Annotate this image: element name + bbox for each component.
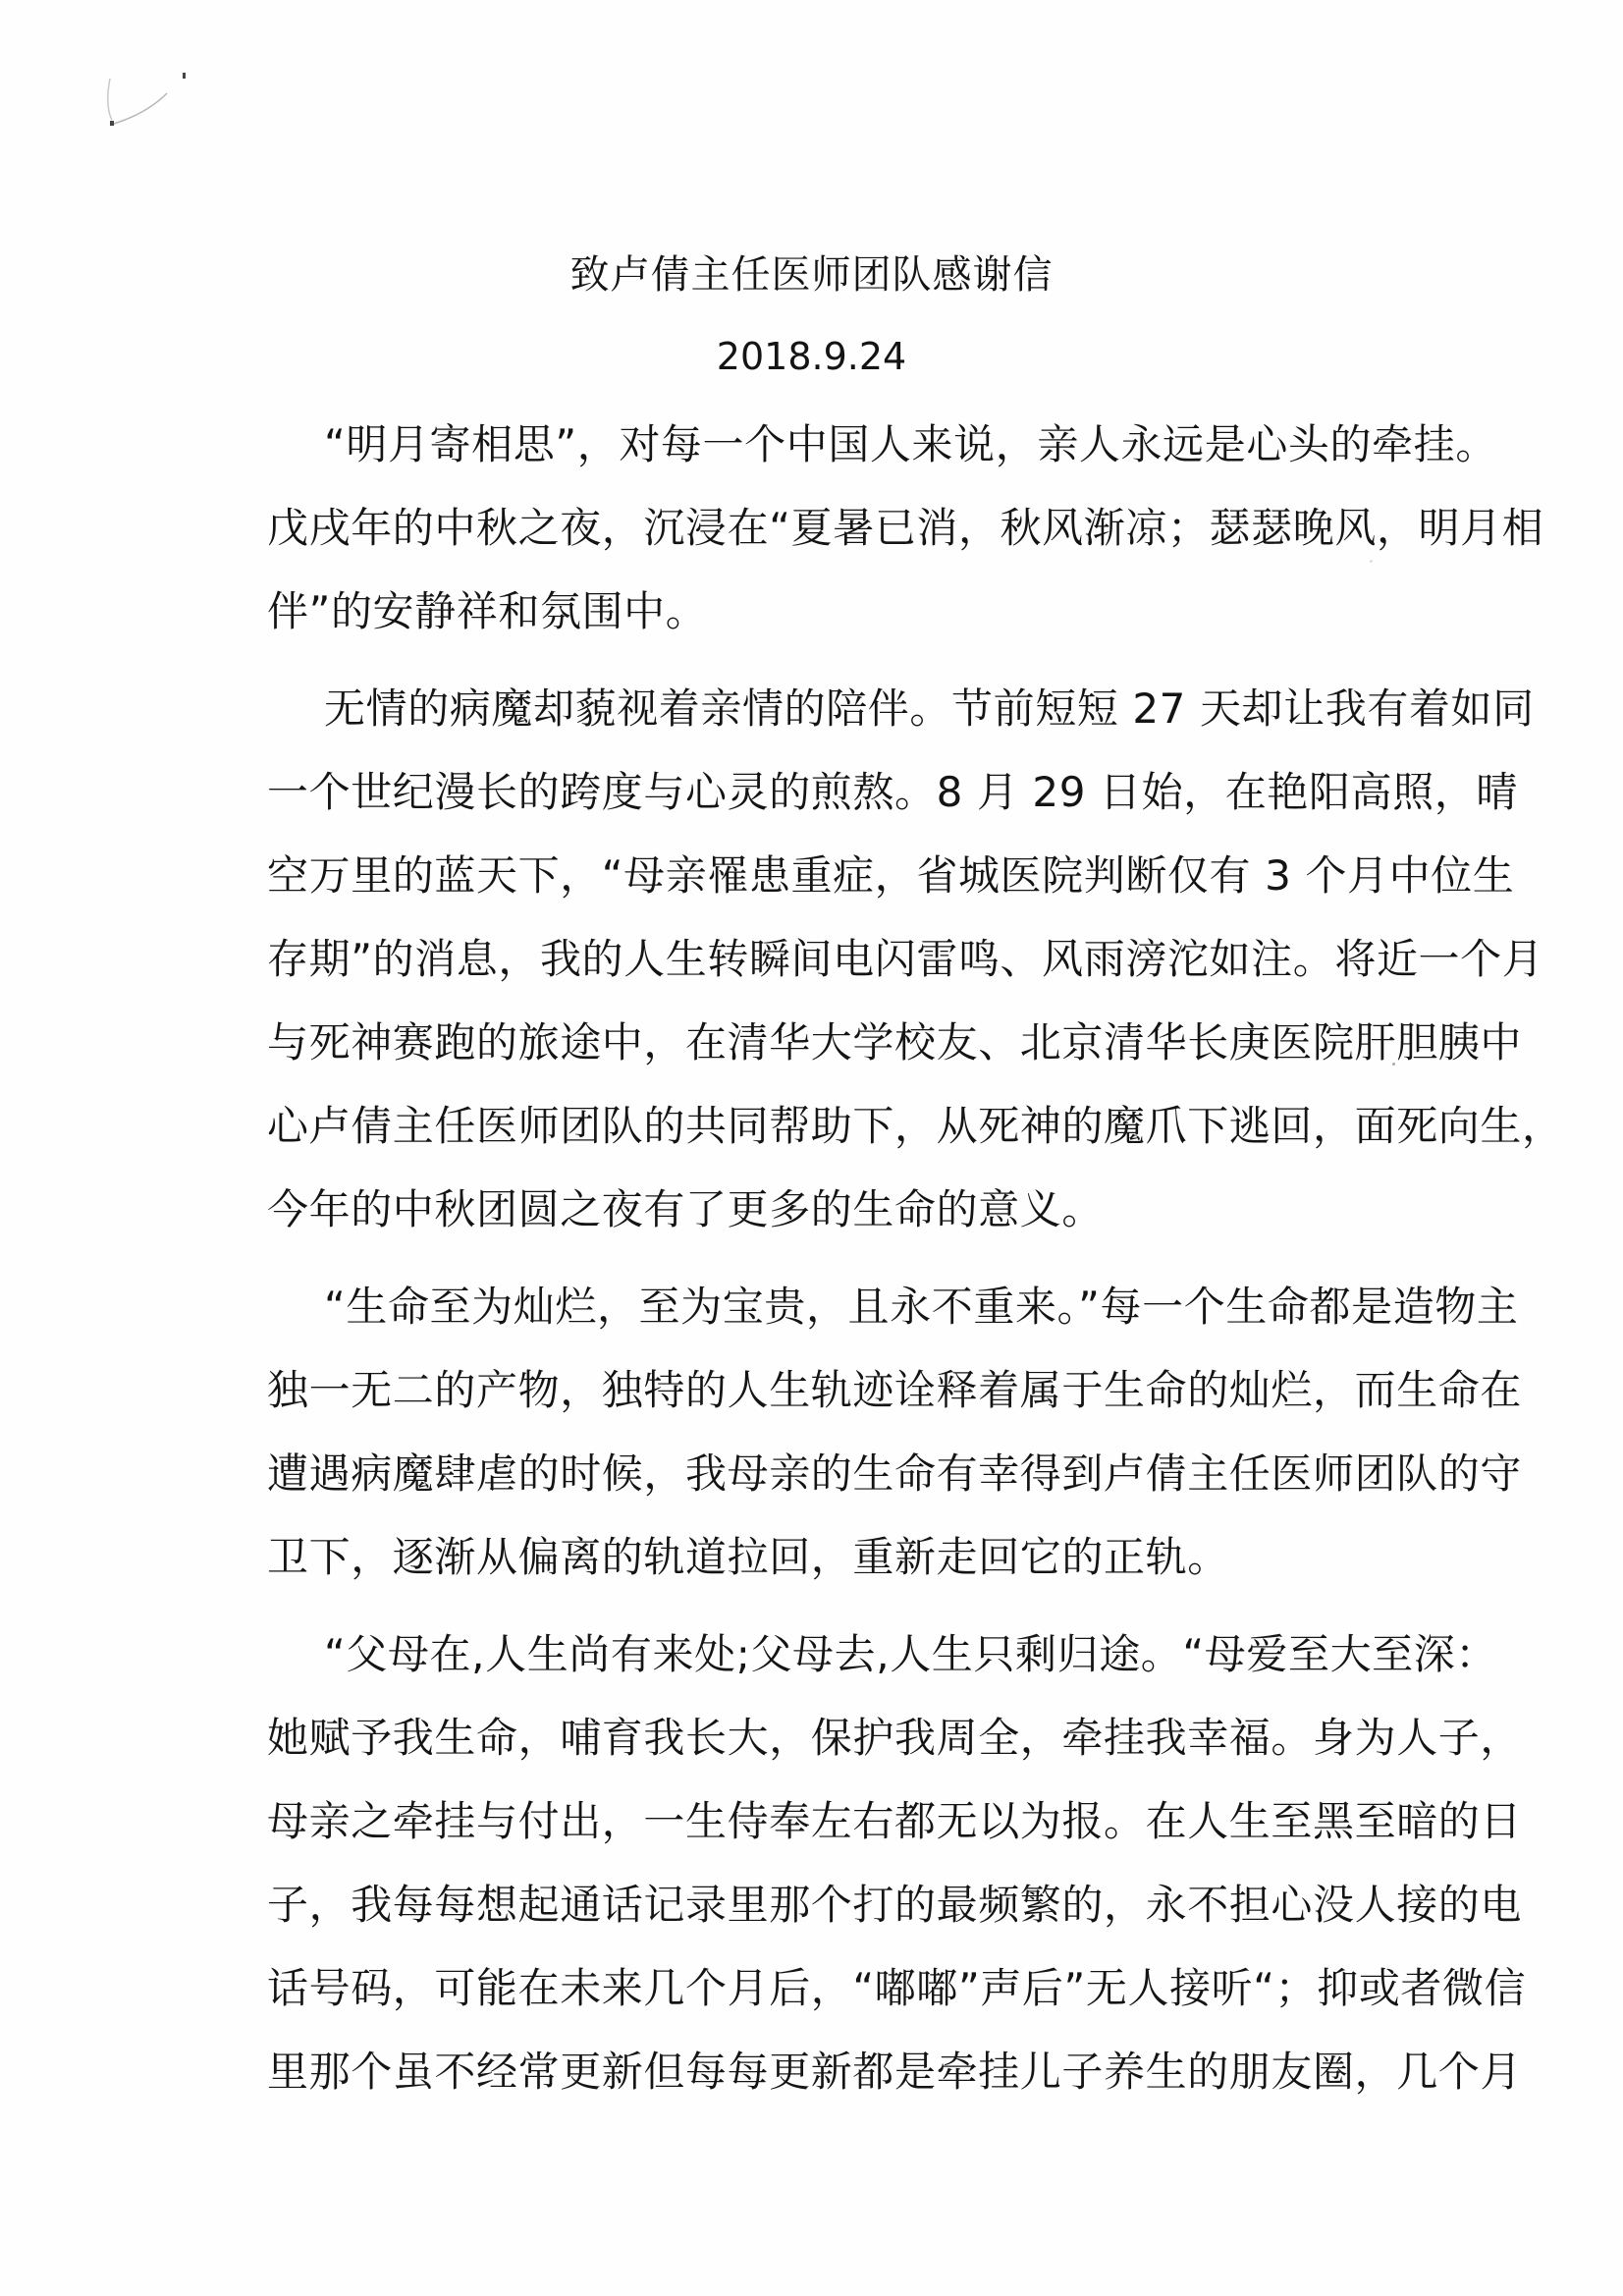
text-line: 无情的病魔却藐视着亲情的陪伴。节前短短 27 天却让我有着如同 [267, 667, 1386, 750]
letter-body: “明月寄相思”，对每一个中国人来说，亲人永远是心头的牵挂。 戊戌年的中秋之夜，沉… [267, 403, 1386, 2113]
text-line: 戊戌年的中秋之夜，沉浸在“夏暑已消，秋风渐凉；瑟瑟晚风，明月相 [267, 486, 1386, 570]
scan-speck [1392, 1063, 1395, 1066]
pen-mark-icon [98, 59, 216, 157]
text-line: 她赋予我生命，哺育我长大，保护我周全，牵挂我幸福。身为人子， [267, 1696, 1386, 1779]
paragraph-gap [267, 653, 1386, 667]
text-line: “生命至为灿烂，至为宝贵，且永不重来。”每一个生命都是造物主 [267, 1265, 1386, 1348]
text-line: 今年的中秋团圆之夜有了更多的生命的意义。 [267, 1168, 1386, 1251]
text-line: 伴”的安静祥和氛围中。 [267, 570, 1386, 653]
paragraph-4: “父母在,人生尚有来处;父母去,人生只剩归途。“母爱至大至深： 她赋予我生命，哺… [267, 1613, 1386, 2113]
text-line: 独一无二的产物，独特的人生轨迹诠释着属于生命的灿烂，而生命在 [267, 1348, 1386, 1432]
paragraph-3: “生命至为灿烂，至为宝贵，且永不重来。”每一个生命都是造物主 独一无二的产物，独… [267, 1265, 1386, 1599]
text-line: 遭遇病魔肆虐的时候，我母亲的生命有幸得到卢倩主任医师团队的守 [267, 1432, 1386, 1515]
paragraph-gap [267, 1251, 1386, 1265]
text-line: 话号码，可能在未来几个月后，“嘟嘟”声后”无人接听“；抑或者微信 [267, 1946, 1386, 2030]
text-line: “明月寄相思”，对每一个中国人来说，亲人永远是心头的牵挂。 [267, 403, 1386, 486]
paragraph-1: “明月寄相思”，对每一个中国人来说，亲人永远是心头的牵挂。 戊戌年的中秋之夜，沉… [267, 403, 1386, 653]
text-line: 子，我每每想起通话记录里那个打的最频繁的，永不担心没人接的电 [267, 1863, 1386, 1946]
paragraph-gap [267, 1599, 1386, 1613]
text-line: “父母在,人生尚有来处;父母去,人生只剩归途。“母爱至大至深： [267, 1613, 1386, 1696]
text-line: 存期”的消息，我的人生转瞬间电闪雷鸣、风雨滂沱如注。将近一个月 [267, 917, 1386, 1001]
text-line: 母亲之牵挂与付出，一生侍奉左右都无以为报。在人生至黑至暗的日 [267, 1779, 1386, 1863]
scanned-letter-page: 致卢倩主任医师团队感谢信 2018.9.24 “明月寄相思”，对每一个中国人来说… [0, 0, 1623, 2296]
text-line: 一个世纪漫长的跨度与心灵的煎熬。8 月 29 日始，在艳阳高照，晴 [267, 750, 1386, 834]
text-line: 里那个虽不经常更新但每每更新都是牵挂儿子养生的朋友圈，几个月 [267, 2030, 1386, 2113]
scan-speck [1370, 560, 1373, 563]
text-line: 心卢倩主任医师团队的共同帮助下，从死神的魔爪下逃回，面死向生， [267, 1084, 1386, 1168]
paragraph-2: 无情的病魔却藐视着亲情的陪伴。节前短短 27 天却让我有着如同 一个世纪漫长的跨… [267, 667, 1386, 1251]
text-line: 与死神赛跑的旅途中，在清华大学校友、北京清华长庚医院肝胆胰中 [267, 1001, 1386, 1084]
text-line: 卫下，逐渐从偏离的轨道拉回，重新走回它的正轨。 [267, 1515, 1386, 1599]
letter-date: 2018.9.24 [0, 329, 1623, 384]
text-line: 空万里的蓝天下，“母亲罹患重症，省城医院判断仅有 3 个月中位生 [267, 834, 1386, 917]
letter-title: 致卢倩主任医师团队感谢信 [0, 246, 1623, 304]
